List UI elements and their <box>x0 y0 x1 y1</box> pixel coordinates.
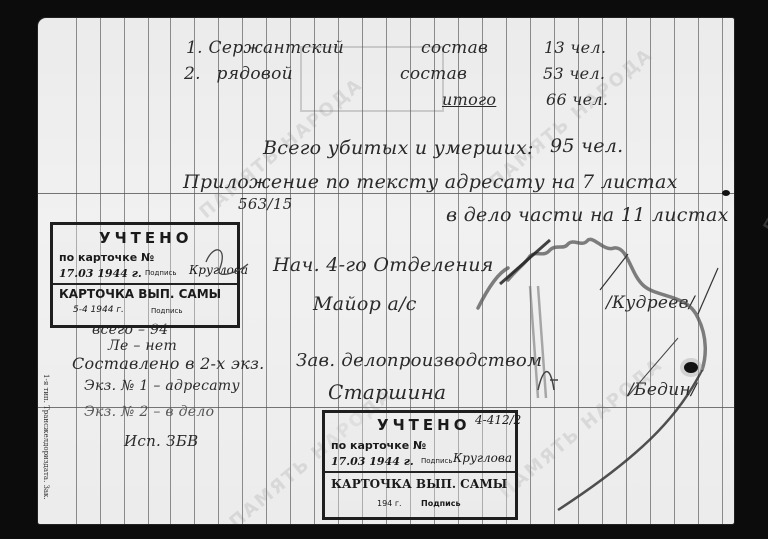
document-sheet: ПАМЯТЬ НАРОДА ПАМЯТЬ НАРОДА ПАМЯТЬ НАРОД… <box>38 18 734 524</box>
paper-hole <box>722 190 730 196</box>
signature-strokes <box>38 18 734 524</box>
watermark: ПАМЯТЬ НАРОДА <box>761 82 768 234</box>
printer-imprint: 1-я тип. Трансжелдориздата. Зак. <box>42 374 50 500</box>
paper-hole <box>684 362 698 373</box>
